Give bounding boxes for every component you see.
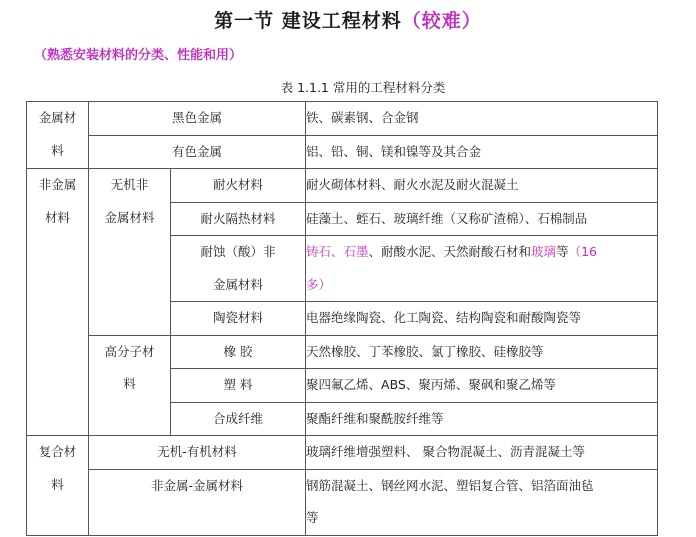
examples-text: 等 (556, 244, 569, 259)
examples-cell: 钢筋混凝土、钢丝网水泥、塑铝复合管、铝箔面油毡 等 (306, 469, 658, 535)
type-cell: 有色金属 (89, 135, 306, 169)
type-cell: 合成纤维 (171, 402, 306, 436)
subcategory-cell-inorganic: 无机非 金属材料 (89, 169, 171, 336)
category-label: 复合材 (27, 436, 88, 469)
table-row: 金属材 料 黑色金属 铁、碳素钢、合金钢 (27, 102, 658, 136)
type-cell: 橡 胶 (171, 335, 306, 369)
examples-line: 钢筋混凝土、钢丝网水泥、塑铝复合管、铝箔面油毡 (306, 470, 657, 503)
examples-cell: 天然橡胶、丁苯橡胶、氯丁橡胶、硅橡胶等 (306, 335, 658, 369)
examples-cell: 聚四氟乙烯、ABS、聚丙烯、聚砜和聚乙烯等 (306, 369, 658, 403)
type-label: 耐蚀（酸）非 (171, 236, 305, 269)
subcategory-label: 金属材料 (89, 202, 170, 235)
examples-cell: 玻璃纤维增强塑料、 聚合物混凝土、沥青混凝土等 (306, 436, 658, 470)
category-label: 非金属 (27, 169, 88, 202)
type-cell: 陶瓷材料 (171, 302, 306, 336)
subcategory-label: 料 (89, 368, 170, 401)
examples-text: 、耐酸水泥、天然耐酸石材和 (369, 244, 532, 259)
table-row: 复合材 料 无机-有机材料 玻璃纤维增强塑料、 聚合物混凝土、沥青混凝土等 (27, 436, 658, 470)
table-row: 非金属-金属材料 钢筋混凝土、钢丝网水泥、塑铝复合管、铝箔面油毡 等 (27, 469, 658, 535)
type-cell: 耐火隔热材料 (171, 202, 306, 236)
examples-cell: 硅藻土、蛭石、玻璃纤维（又称矿渣棉）、石棉制品 (306, 202, 658, 236)
table-row: 非金属 材料 无机非 金属材料 耐火材料 耐火砌体材料、耐火水泥及耐火混凝土 (27, 169, 658, 203)
section-title-main: 第一节 建设工程材料 (214, 10, 402, 32)
section-subtitle: （熟悉安装材料的分类、性能和用） (34, 44, 242, 63)
examples-line: 铸石、石墨、耐酸水泥、天然耐酸石材和玻璃等（16 (306, 236, 657, 269)
highlight-text: 铸石、石墨 (306, 244, 369, 259)
examples-cell: 铸石、石墨、耐酸水泥、天然耐酸石材和玻璃等（16 多） (306, 236, 658, 302)
materials-table: 金属材 料 黑色金属 铁、碳素钢、合金钢 有色金属 铝、铅、铜、镁和镍等及其合金… (26, 101, 658, 536)
examples-cell: 电器绝缘陶瓷、化工陶瓷、结构陶瓷和耐酸陶瓷等 (306, 302, 658, 336)
category-label: 材料 (27, 202, 88, 235)
subcategory-cell-polymer: 高分子材 料 (89, 335, 171, 436)
category-cell-nonmetal: 非金属 材料 (27, 169, 89, 436)
examples-line: 等 (306, 502, 657, 535)
category-label: 金属材 (27, 102, 88, 135)
type-cell: 耐火材料 (171, 169, 306, 203)
difficulty-label: （较难） (402, 10, 482, 32)
highlight-text: （16 (569, 244, 597, 259)
examples-cell: 铁、碳素钢、合金钢 (306, 102, 658, 136)
type-cell: 黑色金属 (89, 102, 306, 136)
table-row: 有色金属 铝、铅、铜、镁和镍等及其合金 (27, 135, 658, 169)
type-cell: 耐蚀（酸）非 金属材料 (171, 236, 306, 302)
type-cell: 非金属-金属材料 (89, 469, 306, 535)
examples-cell: 铝、铅、铜、镁和镍等及其合金 (306, 135, 658, 169)
highlight-text: 玻璃 (531, 244, 556, 259)
highlight-text: 多） (306, 269, 657, 302)
examples-cell: 聚酯纤维和聚酰胺纤维等 (306, 402, 658, 436)
table-caption: 表 1.1.1 常用的工程材料分类 (0, 78, 696, 96)
category-label: 料 (27, 469, 88, 502)
type-cell: 塑 料 (171, 369, 306, 403)
type-label: 金属材料 (171, 269, 305, 302)
subcategory-label: 高分子材 (89, 336, 170, 369)
table-row: 高分子材 料 橡 胶 天然橡胶、丁苯橡胶、氯丁橡胶、硅橡胶等 (27, 335, 658, 369)
subcategory-label: 无机非 (89, 169, 170, 202)
examples-cell: 耐火砌体材料、耐火水泥及耐火混凝土 (306, 169, 658, 203)
section-title: 第一节 建设工程材料（较难） (0, 6, 696, 33)
category-cell-composite: 复合材 料 (27, 436, 89, 536)
type-cell: 无机-有机材料 (89, 436, 306, 470)
category-label: 料 (27, 135, 88, 168)
category-cell-metal: 金属材 料 (27, 102, 89, 169)
